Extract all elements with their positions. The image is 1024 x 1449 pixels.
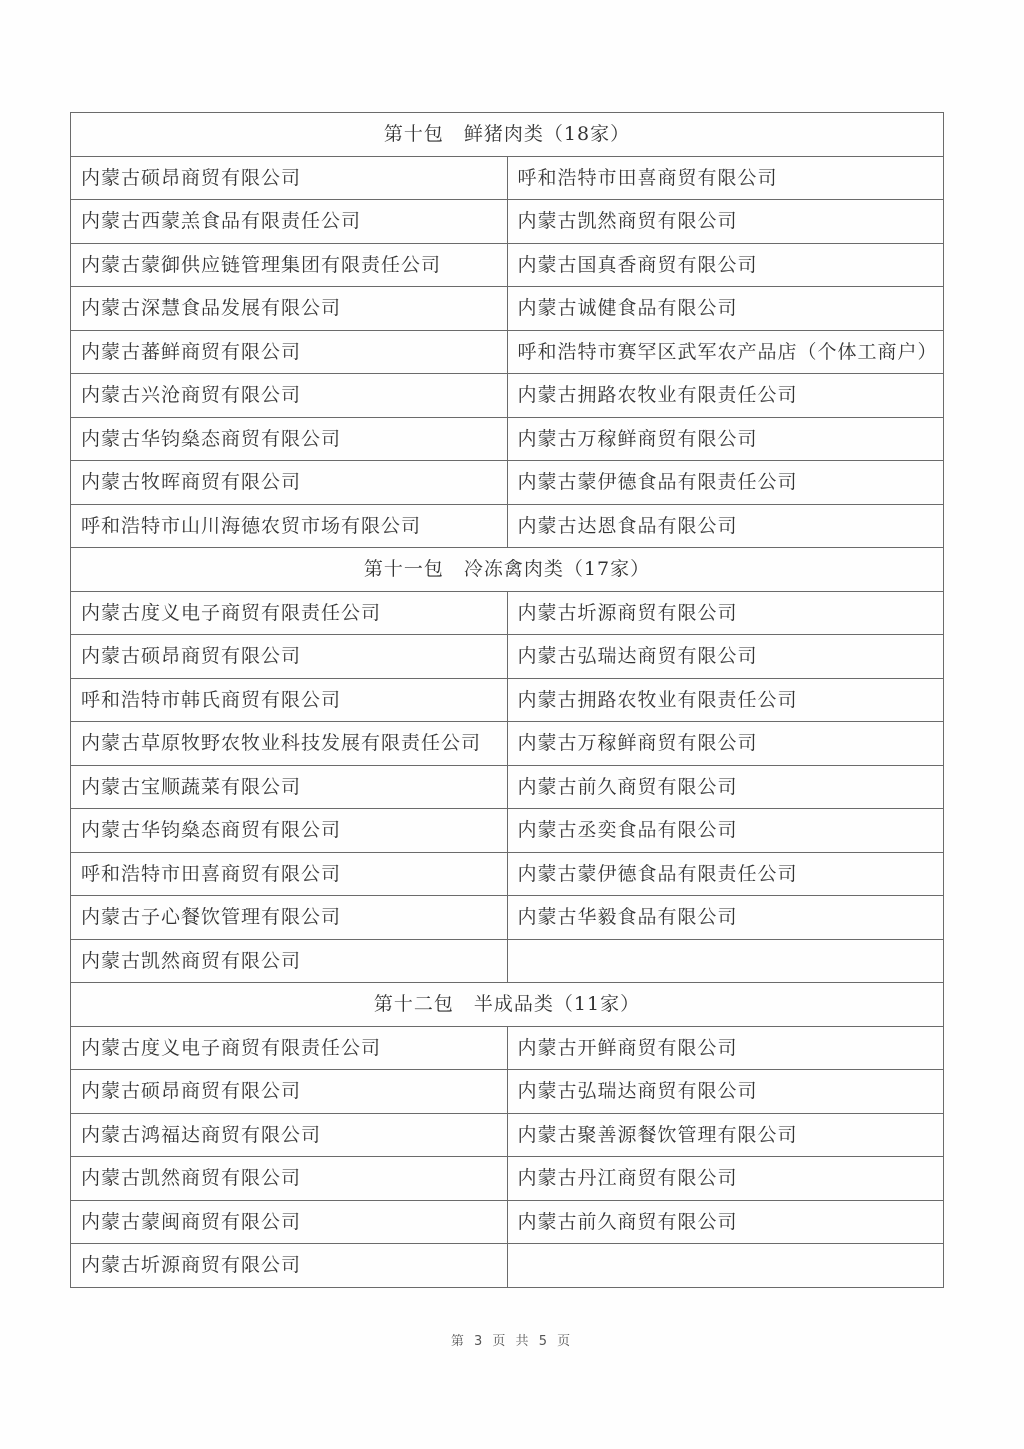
vendor-cell: 内蒙古丞奕食品有限公司	[507, 809, 944, 853]
empty-cell	[507, 1244, 944, 1288]
section-title: 第十一包 冷冻禽肉类（17家）	[71, 548, 944, 592]
vendor-cell: 内蒙古深慧食品发展有限公司	[71, 287, 508, 331]
table-row: 内蒙古圻源商贸有限公司	[71, 1244, 944, 1288]
table-row: 内蒙古硕昂商贸有限公司 呼和浩特市田喜商贸有限公司	[71, 156, 944, 200]
table-row: 内蒙古深慧食品发展有限公司 内蒙古诚健食品有限公司	[71, 287, 944, 331]
vendor-cell: 内蒙古硕昂商贸有限公司	[71, 635, 508, 679]
table-row: 内蒙古硕昂商贸有限公司 内蒙古弘瑞达商贸有限公司	[71, 1070, 944, 1114]
vendor-cell: 内蒙古达恩食品有限公司	[507, 504, 944, 548]
vendor-cell: 内蒙古前久商贸有限公司	[507, 765, 944, 809]
table-row: 内蒙古华钧燊态商贸有限公司 内蒙古万稼鲜商贸有限公司	[71, 417, 944, 461]
vendor-cell: 内蒙古蒙御供应链管理集团有限责任公司	[71, 243, 508, 287]
vendor-cell: 内蒙古圻源商贸有限公司	[507, 591, 944, 635]
table-row: 呼和浩特市田喜商贸有限公司 内蒙古蒙伊德食品有限责任公司	[71, 852, 944, 896]
vendor-cell: 内蒙古宝顺蔬菜有限公司	[71, 765, 508, 809]
table-row: 内蒙古度义电子商贸有限责任公司 内蒙古开鲜商贸有限公司	[71, 1026, 944, 1070]
section-header-row: 第十包 鲜猪肉类（18家）	[71, 113, 944, 157]
vendor-cell: 内蒙古诚健食品有限公司	[507, 287, 944, 331]
vendor-cell: 呼和浩特市田喜商贸有限公司	[71, 852, 508, 896]
table-row: 内蒙古凯然商贸有限公司	[71, 939, 944, 983]
vendor-cell: 内蒙古拥路农牧业有限责任公司	[507, 374, 944, 418]
vendor-cell: 内蒙古前久商贸有限公司	[507, 1200, 944, 1244]
vendor-cell: 内蒙古开鲜商贸有限公司	[507, 1026, 944, 1070]
vendor-cell: 内蒙古凯然商贸有限公司	[71, 1157, 508, 1201]
vendor-cell: 内蒙古聚善源餐饮管理有限公司	[507, 1113, 944, 1157]
table-row: 呼和浩特市山川海德农贸市场有限公司 内蒙古达恩食品有限公司	[71, 504, 944, 548]
table-row: 内蒙古硕昂商贸有限公司 内蒙古弘瑞达商贸有限公司	[71, 635, 944, 679]
vendor-cell: 内蒙古国真香商贸有限公司	[507, 243, 944, 287]
section-header-row: 第十二包 半成品类（11家）	[71, 983, 944, 1027]
vendor-cell: 内蒙古兴沧商贸有限公司	[71, 374, 508, 418]
vendor-cell: 内蒙古凯然商贸有限公司	[507, 200, 944, 244]
vendor-cell: 内蒙古硕昂商贸有限公司	[71, 156, 508, 200]
vendor-cell: 内蒙古蒙闽商贸有限公司	[71, 1200, 508, 1244]
vendor-cell: 内蒙古万稼鲜商贸有限公司	[507, 722, 944, 766]
vendor-cell: 内蒙古蒙伊德食品有限责任公司	[507, 461, 944, 505]
vendor-cell: 内蒙古华毅食品有限公司	[507, 896, 944, 940]
vendor-cell: 内蒙古蒙伊德食品有限责任公司	[507, 852, 944, 896]
table-row: 内蒙古草原牧野农牧业科技发展有限责任公司 内蒙古万稼鲜商贸有限公司	[71, 722, 944, 766]
table-row: 内蒙古兴沧商贸有限公司 内蒙古拥路农牧业有限责任公司	[71, 374, 944, 418]
vendor-cell: 呼和浩特市韩氏商贸有限公司	[71, 678, 508, 722]
vendor-cell: 内蒙古弘瑞达商贸有限公司	[507, 635, 944, 679]
vendor-cell: 内蒙古度义电子商贸有限责任公司	[71, 591, 508, 635]
vendor-cell: 呼和浩特市田喜商贸有限公司	[507, 156, 944, 200]
table-row: 内蒙古牧晖商贸有限公司 内蒙古蒙伊德食品有限责任公司	[71, 461, 944, 505]
vendor-cell: 呼和浩特市山川海德农贸市场有限公司	[71, 504, 508, 548]
vendor-cell: 内蒙古万稼鲜商贸有限公司	[507, 417, 944, 461]
vendor-table: 第十包 鲜猪肉类（18家） 内蒙古硕昂商贸有限公司 呼和浩特市田喜商贸有限公司 …	[70, 112, 944, 1288]
empty-cell	[507, 939, 944, 983]
table-row: 内蒙古西蒙羔食品有限责任公司 内蒙古凯然商贸有限公司	[71, 200, 944, 244]
vendor-cell: 内蒙古西蒙羔食品有限责任公司	[71, 200, 508, 244]
vendor-cell: 内蒙古牧晖商贸有限公司	[71, 461, 508, 505]
table-row: 呼和浩特市韩氏商贸有限公司 内蒙古拥路农牧业有限责任公司	[71, 678, 944, 722]
table-row: 内蒙古度义电子商贸有限责任公司 内蒙古圻源商贸有限公司	[71, 591, 944, 635]
section-title: 第十包 鲜猪肉类（18家）	[71, 113, 944, 157]
vendor-cell: 内蒙古华钧燊态商贸有限公司	[71, 417, 508, 461]
table-row: 内蒙古蒙御供应链管理集团有限责任公司 内蒙古国真香商贸有限公司	[71, 243, 944, 287]
page-number: 第 3 页 共 5 页	[0, 1330, 1024, 1349]
table-row: 内蒙古华钧燊态商贸有限公司 内蒙古丞奕食品有限公司	[71, 809, 944, 853]
vendor-cell: 内蒙古圻源商贸有限公司	[71, 1244, 508, 1288]
vendor-cell: 内蒙古蕃鲜商贸有限公司	[71, 330, 508, 374]
table-row: 内蒙古蒙闽商贸有限公司 内蒙古前久商贸有限公司	[71, 1200, 944, 1244]
vendor-cell: 内蒙古草原牧野农牧业科技发展有限责任公司	[71, 722, 508, 766]
table-row: 内蒙古鸿福达商贸有限公司 内蒙古聚善源餐饮管理有限公司	[71, 1113, 944, 1157]
section-title: 第十二包 半成品类（11家）	[71, 983, 944, 1027]
vendor-cell: 内蒙古度义电子商贸有限责任公司	[71, 1026, 508, 1070]
document-page: 第十包 鲜猪肉类（18家） 内蒙古硕昂商贸有限公司 呼和浩特市田喜商贸有限公司 …	[0, 0, 1024, 1449]
vendor-cell: 内蒙古丹江商贸有限公司	[507, 1157, 944, 1201]
table-row: 内蒙古宝顺蔬菜有限公司 内蒙古前久商贸有限公司	[71, 765, 944, 809]
vendor-cell: 内蒙古硕昂商贸有限公司	[71, 1070, 508, 1114]
vendor-cell: 内蒙古弘瑞达商贸有限公司	[507, 1070, 944, 1114]
vendor-cell: 内蒙古子心餐饮管理有限公司	[71, 896, 508, 940]
table-row: 内蒙古蕃鲜商贸有限公司 呼和浩特市赛罕区武军农产品店（个体工商户）	[71, 330, 944, 374]
vendor-cell: 内蒙古拥路农牧业有限责任公司	[507, 678, 944, 722]
vendor-cell: 内蒙古鸿福达商贸有限公司	[71, 1113, 508, 1157]
vendor-cell: 呼和浩特市赛罕区武军农产品店（个体工商户）	[507, 330, 944, 374]
vendor-cell: 内蒙古华钧燊态商贸有限公司	[71, 809, 508, 853]
table-row: 内蒙古子心餐饮管理有限公司 内蒙古华毅食品有限公司	[71, 896, 944, 940]
table-row: 内蒙古凯然商贸有限公司 内蒙古丹江商贸有限公司	[71, 1157, 944, 1201]
vendor-cell: 内蒙古凯然商贸有限公司	[71, 939, 508, 983]
section-header-row: 第十一包 冷冻禽肉类（17家）	[71, 548, 944, 592]
